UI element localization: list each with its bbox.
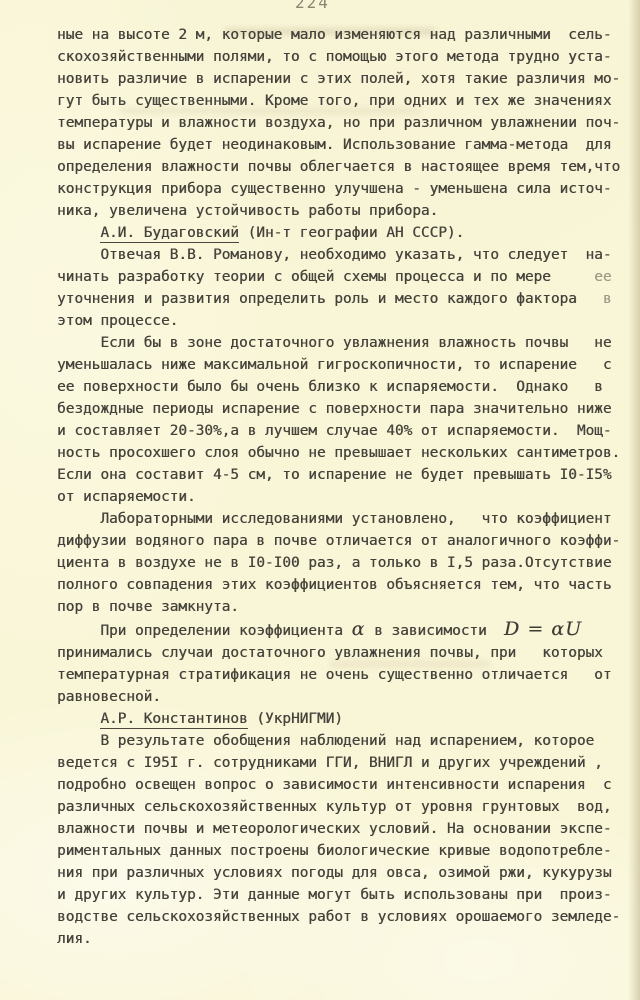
text-line: гут быть существенными. Кроме того, при … (57, 90, 640, 112)
text-line: В результате обобщения наблюдений над ис… (57, 730, 640, 752)
text-segment: (УкрНИГМИ) (248, 711, 343, 727)
text-line: уменьшалась ниже максимальной гигроскопи… (57, 354, 640, 376)
text-line: ведется с I95I г. сотрудниками ГГИ, ВНИГ… (57, 752, 640, 774)
text-line: температурная стратификация не очень сущ… (57, 664, 640, 686)
text-line: водстве сельскохозяйственных работ в усл… (57, 906, 640, 928)
underlined-speaker-name: А.И. Будаговский (100, 225, 239, 243)
text-line: А.Р. Константинов (УкрНИГМИ) (57, 708, 640, 730)
text-line: Если бы в зоне достаточного увлажнения в… (57, 332, 640, 354)
text-line: принимались случаи достаточного увлажнен… (57, 642, 640, 664)
text-line: вы испарение будет неодинаковым. Использ… (57, 134, 640, 156)
text-line: пор в почве замкнута. (57, 596, 640, 618)
text-line: ния при различных условиях погоды для ов… (57, 862, 640, 884)
text-segment: в (603, 291, 612, 307)
text-line: равновесной. (57, 686, 640, 708)
page-number: 224 (295, 0, 330, 12)
text-line: диффузии водяного пара в почве отличаетс… (57, 530, 640, 552)
text-line: от испаряемости. (57, 486, 640, 508)
text-line: определения влажности почвы облегчается … (57, 156, 640, 178)
text-line: скохозяйственными полями, то с помощью э… (57, 46, 640, 68)
text-line: При определении коэффициента α в зависим… (57, 618, 640, 642)
text-segment: При определении коэффициента (57, 623, 352, 639)
text-line: ность просохшего слоя обычно не превышае… (57, 442, 640, 464)
text-line: А.И. Будаговский (Ин-т географии АН СССР… (57, 222, 640, 244)
text-line: ее поверхности было бы очень близко к ис… (57, 376, 640, 398)
text-line: Отвечая В.В. Романову, необходимо указат… (57, 244, 640, 266)
text-line: лия. (57, 928, 640, 950)
text-lines: ные на высоте 2 м, которые мало изменяют… (0, 24, 640, 950)
text-segment: ее (594, 269, 611, 285)
text-line: бездождные периоды испарение с поверхнос… (57, 398, 640, 420)
text-line: и других культур. Эти данные могут быть … (57, 884, 640, 906)
text-segment (57, 225, 100, 241)
text-line: чинать разработку теории с общей схемы п… (57, 266, 640, 288)
text-line: влажности почвы и метеорологических усло… (57, 818, 640, 840)
text-line: Лабораторными исследованиями установлено… (57, 508, 640, 530)
text-line: риментальных данных построены биологичес… (57, 840, 640, 862)
text-line: полного совпадения этих коэффициентов об… (57, 574, 640, 596)
text-segment: в зависимости (365, 623, 504, 639)
text-line: и составляет 20-30%,а в лучшем случае 40… (57, 420, 640, 442)
text-line: различных сельскохозяйственных культур о… (57, 796, 640, 818)
text-line: ника, увеличена устойчивость работы приб… (57, 200, 640, 222)
text-line: этом процессе. (57, 310, 640, 332)
scanned-document-page: 224 ные на высоте 2 м, которые мало изме… (0, 0, 640, 1000)
text-line: циента в воздухе не в I0-I00 раз, а толь… (57, 552, 640, 574)
text-line: Если она составит 4-5 см, то испарение н… (57, 464, 640, 486)
handwritten-formula-segment: α (352, 618, 366, 640)
text-line: уточнения и развития определить роль и м… (57, 288, 640, 310)
text-line: ные на высоте 2 м, которые мало изменяют… (57, 24, 640, 46)
text-segment: уточнения и развития определить роль и м… (57, 291, 603, 307)
underlined-speaker-name: А.Р. Константинов (100, 711, 247, 729)
handwritten-formula-segment: D = αU (504, 618, 582, 640)
text-line: новить различие в испарении с этих полей… (57, 68, 640, 90)
text-segment: (Ин-т географии АН СССР). (239, 225, 464, 241)
text-line: конструкция прибора существенно улучшена… (57, 178, 640, 200)
text-line: температуры и влажности воздуха, но при … (57, 112, 640, 134)
text-segment: чинать разработку теории с общей схемы п… (57, 269, 594, 285)
text-segment (57, 711, 100, 727)
text-line: подробно освещен вопрос о зависимости ин… (57, 774, 640, 796)
